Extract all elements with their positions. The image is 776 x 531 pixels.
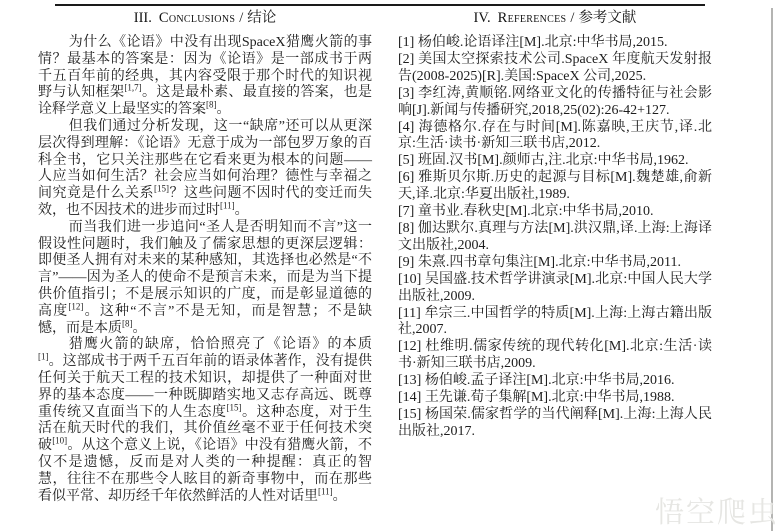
conclusions-column: III.Conclusions/结论 为什么《论语》中没有出现SpaceX猎鹰火… [38, 6, 372, 505]
references-heading-english: References [498, 10, 567, 26]
reference-item: [12] 杜维明.儒家传统的现代转化[M].北京:生活·读书·新知三联书店,20… [398, 339, 712, 373]
citation-superscript: [10] [52, 435, 67, 445]
conclusion-paragraph: 但我们通过分析发现，这一“缺席”还可以从更深层次得到理解：《论语》无意于成为一部… [38, 119, 372, 220]
reference-item: [8] 伽达默尔.真理与方法[M].洪汉鼎,译.上海:上海译文出版社,2004. [398, 221, 712, 255]
citation-superscript: [15] [154, 184, 169, 194]
citation-superscript: [1] [38, 351, 49, 361]
page-edge-vertical-rule [771, 8, 773, 531]
citation-superscript: [8] [122, 318, 133, 328]
citation-superscript: [1,7] [124, 83, 141, 93]
paper-page: III.Conclusions/结论 为什么《论语》中没有出现SpaceX猎鹰火… [0, 0, 776, 531]
references-list: [1] 杨伯峻.论语译注[M].北京:中华书局,2015.[2] 美国太空探索技… [398, 35, 712, 441]
conclusions-heading-number: III. [134, 10, 152, 26]
reference-item: [5] 班固.汉书[M].颜师古,注.北京:中华书局,1962. [398, 153, 712, 170]
conclusion-paragraph: 而当我们进一步追问“圣人是否明知而不言”这一假设性问题时，我们触及了儒家思想的更… [38, 220, 372, 338]
conclusions-heading-chinese: 结论 [247, 10, 276, 26]
references-heading-chinese: 参考文献 [578, 10, 636, 26]
reference-item: [14] 王先谦.荀子集解[M].北京:中华书局,1988. [398, 390, 712, 407]
reference-item: [15] 杨国荣.儒家哲学的当代阐释[M].上海:上海人民出版社,2017. [398, 407, 712, 441]
reference-item: [4] 海德格尔.存在与时间[M].陈嘉映,王庆节,译.北京:生活·读书·新知三… [398, 120, 712, 154]
citation-superscript: [15] [227, 402, 242, 412]
references-heading: IV.References/参考文献 [398, 6, 712, 27]
conclusions-heading: III.Conclusions/结论 [38, 6, 372, 27]
citation-superscript: [8] [206, 100, 217, 110]
reference-item: [13] 杨伯峻.孟子译注[M].北京:中华书局,2016. [398, 373, 712, 390]
reference-item: [7] 童书业.春秋史[M].北京:中华书局,2010. [398, 204, 712, 221]
conclusions-body: 为什么《论语》中没有出现SpaceX猎鹰火箭的事情？最基本的答案是：因为《论语》… [38, 35, 372, 505]
citation-superscript: [12] [68, 301, 83, 311]
reference-item: [6] 雅斯贝尔斯.历史的起源与目标[M].魏楚雄,俞新天,译.北京:华夏出版社… [398, 170, 712, 204]
reference-item: [1] 杨伯峻.论语译注[M].北京:中华书局,2015. [398, 35, 712, 52]
conclusions-heading-english: Conclusions [159, 10, 235, 26]
reference-item: [3] 李红涛,黄顺铭.网络亚文化的传播特征与社会影响[J].新闻与传播研究,2… [398, 86, 712, 120]
conclusions-heading-separator: / [239, 10, 243, 26]
reference-item: [11] 牟宗三.中国哲学的特质[M].上海:上海古籍出版社,2007. [398, 306, 712, 340]
references-heading-separator: / [570, 10, 574, 26]
reference-item: [10] 吴国盛.技术哲学讲演录[M].北京:中国人民大学出版社,2009. [398, 272, 712, 306]
watermark-text: 悟空爬虫 [655, 490, 776, 531]
conclusion-paragraph: 猎鹰火箭的缺席，恰恰照亮了《论语》的本质[1]。这部成书于两千五百年前的语录体著… [38, 337, 372, 505]
reference-item: [2] 美国太空探索技术公司.SpaceX 年度航天发射报告(2008-2025… [398, 52, 712, 86]
citation-superscript: [11] [220, 200, 235, 210]
references-column: IV.References/参考文献 [1] 杨伯峻.论语译注[M].北京:中华… [398, 6, 712, 441]
reference-item: [9] 朱熹.四书章句集注[M].北京:中华书局,2011. [398, 255, 712, 272]
references-heading-number: IV. [474, 10, 491, 26]
citation-superscript: [11] [318, 486, 333, 496]
conclusion-paragraph: 为什么《论语》中没有出现SpaceX猎鹰火箭的事情？最基本的答案是：因为《论语》… [38, 35, 372, 119]
